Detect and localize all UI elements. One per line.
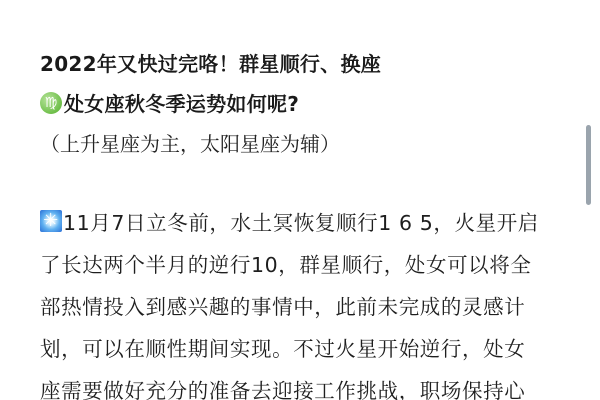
- scrollbar[interactable]: [586, 125, 591, 205]
- title-line-2-text: 处女座秋冬季运势如何呢?: [64, 88, 299, 117]
- paragraph-line-1-text: 11月7日立冬前，水土冥恢复顺行1 6 5，火星开启: [63, 206, 539, 236]
- title-line-2: ♍ 处女座秋冬季运势如何呢?: [40, 88, 299, 117]
- subtitle: （上升星座为主，太阳星座为辅）: [40, 128, 340, 157]
- paragraph-line-4: 划，可以在顺性期间实现。不过火星开始逆行，处女: [40, 332, 525, 362]
- virgo-icon: ♍: [40, 92, 62, 114]
- paragraph-line-1: 11月7日立冬前，水土冥恢复顺行1 6 5，火星开启: [40, 206, 539, 236]
- title-line-1: 2022年又快过完咯！群星顺行、换座: [40, 48, 381, 77]
- paragraph-line-5: 座需要做好充分的准备去迎接工作挑战，职场保持心: [40, 374, 525, 400]
- sparkle-icon: [40, 210, 62, 232]
- paragraph-line-3: 部热情投入到感兴趣的事情中，此前未完成的灵感计: [40, 290, 525, 320]
- paragraph-line-2: 了长达两个半月的逆行10，群星顺行，处女可以将全: [40, 248, 531, 278]
